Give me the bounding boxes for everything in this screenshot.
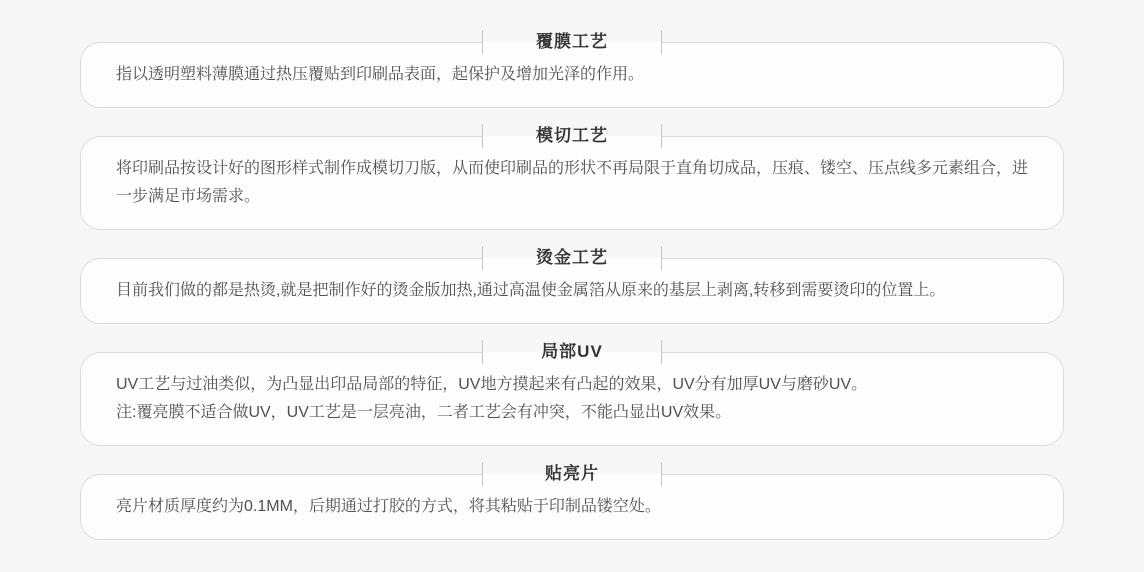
section-body-text: 指以透明塑料薄膜通过热压覆贴到印刷品表面，起保护及增加光泽的作用。 [116,61,1028,89]
section-body: 亮片材质厚度约为0.1MM，后期通过打胶的方式，将其粘贴于印制品镂空处。 [116,493,1028,521]
section-title: 模切工艺 [536,124,608,148]
section-sequin: 贴亮片 亮片材质厚度约为0.1MM，后期通过打胶的方式，将其粘贴于印制品镂空处。 [80,474,1064,540]
section-body-text: 将印刷品按设计好的图形样式制作成模切刀版，从而使印刷品的形状不再局限于直角切成品… [116,155,1028,211]
title-divider: 局部UV [482,340,662,364]
section-body: UV工艺与过油类似，为凸显出印品局部的特征，UV地方摸起来有凸起的效果，UV分有… [116,371,1028,427]
title-divider: 模切工艺 [482,124,662,148]
section-card: 烫金工艺 目前我们做的都是热烫,就是把制作好的烫金版加热,通过高温使金属箔从原来… [80,258,1064,324]
section-body: 目前我们做的都是热烫,就是把制作好的烫金版加热,通过高温使金属箔从原来的基层上剥… [116,277,1028,305]
section-title: 贴亮片 [545,462,599,486]
section-body: 指以透明塑料薄膜通过热压覆贴到印刷品表面，起保护及增加光泽的作用。 [116,61,1028,89]
section-hot-stamping: 烫金工艺 目前我们做的都是热烫,就是把制作好的烫金版加热,通过高温使金属箔从原来… [80,258,1064,324]
section-body-text: 目前我们做的都是热烫,就是把制作好的烫金版加热,通过高温使金属箔从原来的基层上剥… [116,277,1028,305]
process-info-page: 覆膜工艺 指以透明塑料薄膜通过热压覆贴到印刷品表面，起保护及增加光泽的作用。 模… [0,0,1144,572]
section-card: 贴亮片 亮片材质厚度约为0.1MM，后期通过打胶的方式，将其粘贴于印制品镂空处。 [80,474,1064,540]
title-divider: 覆膜工艺 [482,30,662,54]
section-spot-uv: 局部UV UV工艺与过油类似，为凸显出印品局部的特征，UV地方摸起来有凸起的效果… [80,352,1064,446]
section-body: 将印刷品按设计好的图形样式制作成模切刀版，从而使印刷品的形状不再局限于直角切成品… [116,155,1028,211]
section-card: 局部UV UV工艺与过油类似，为凸显出印品局部的特征，UV地方摸起来有凸起的效果… [80,352,1064,446]
title-divider: 烫金工艺 [482,246,662,270]
section-body-text: UV工艺与过油类似，为凸显出印品局部的特征，UV地方摸起来有凸起的效果，UV分有… [116,371,1028,399]
section-card: 模切工艺 将印刷品按设计好的图形样式制作成模切刀版，从而使印刷品的形状不再局限于… [80,136,1064,230]
section-title: 烫金工艺 [536,246,608,270]
section-title: 覆膜工艺 [536,30,608,54]
section-lamination: 覆膜工艺 指以透明塑料薄膜通过热压覆贴到印刷品表面，起保护及增加光泽的作用。 [80,42,1064,108]
section-body-note: 注:覆亮膜不适合做UV，UV工艺是一层亮油，二者工艺会有冲突，不能凸显出UV效果… [116,399,1028,427]
title-divider: 贴亮片 [482,462,662,486]
section-title: 局部UV [541,340,603,364]
section-die-cutting: 模切工艺 将印刷品按设计好的图形样式制作成模切刀版，从而使印刷品的形状不再局限于… [80,136,1064,230]
section-body-text: 亮片材质厚度约为0.1MM，后期通过打胶的方式，将其粘贴于印制品镂空处。 [116,493,1028,521]
section-card: 覆膜工艺 指以透明塑料薄膜通过热压覆贴到印刷品表面，起保护及增加光泽的作用。 [80,42,1064,108]
